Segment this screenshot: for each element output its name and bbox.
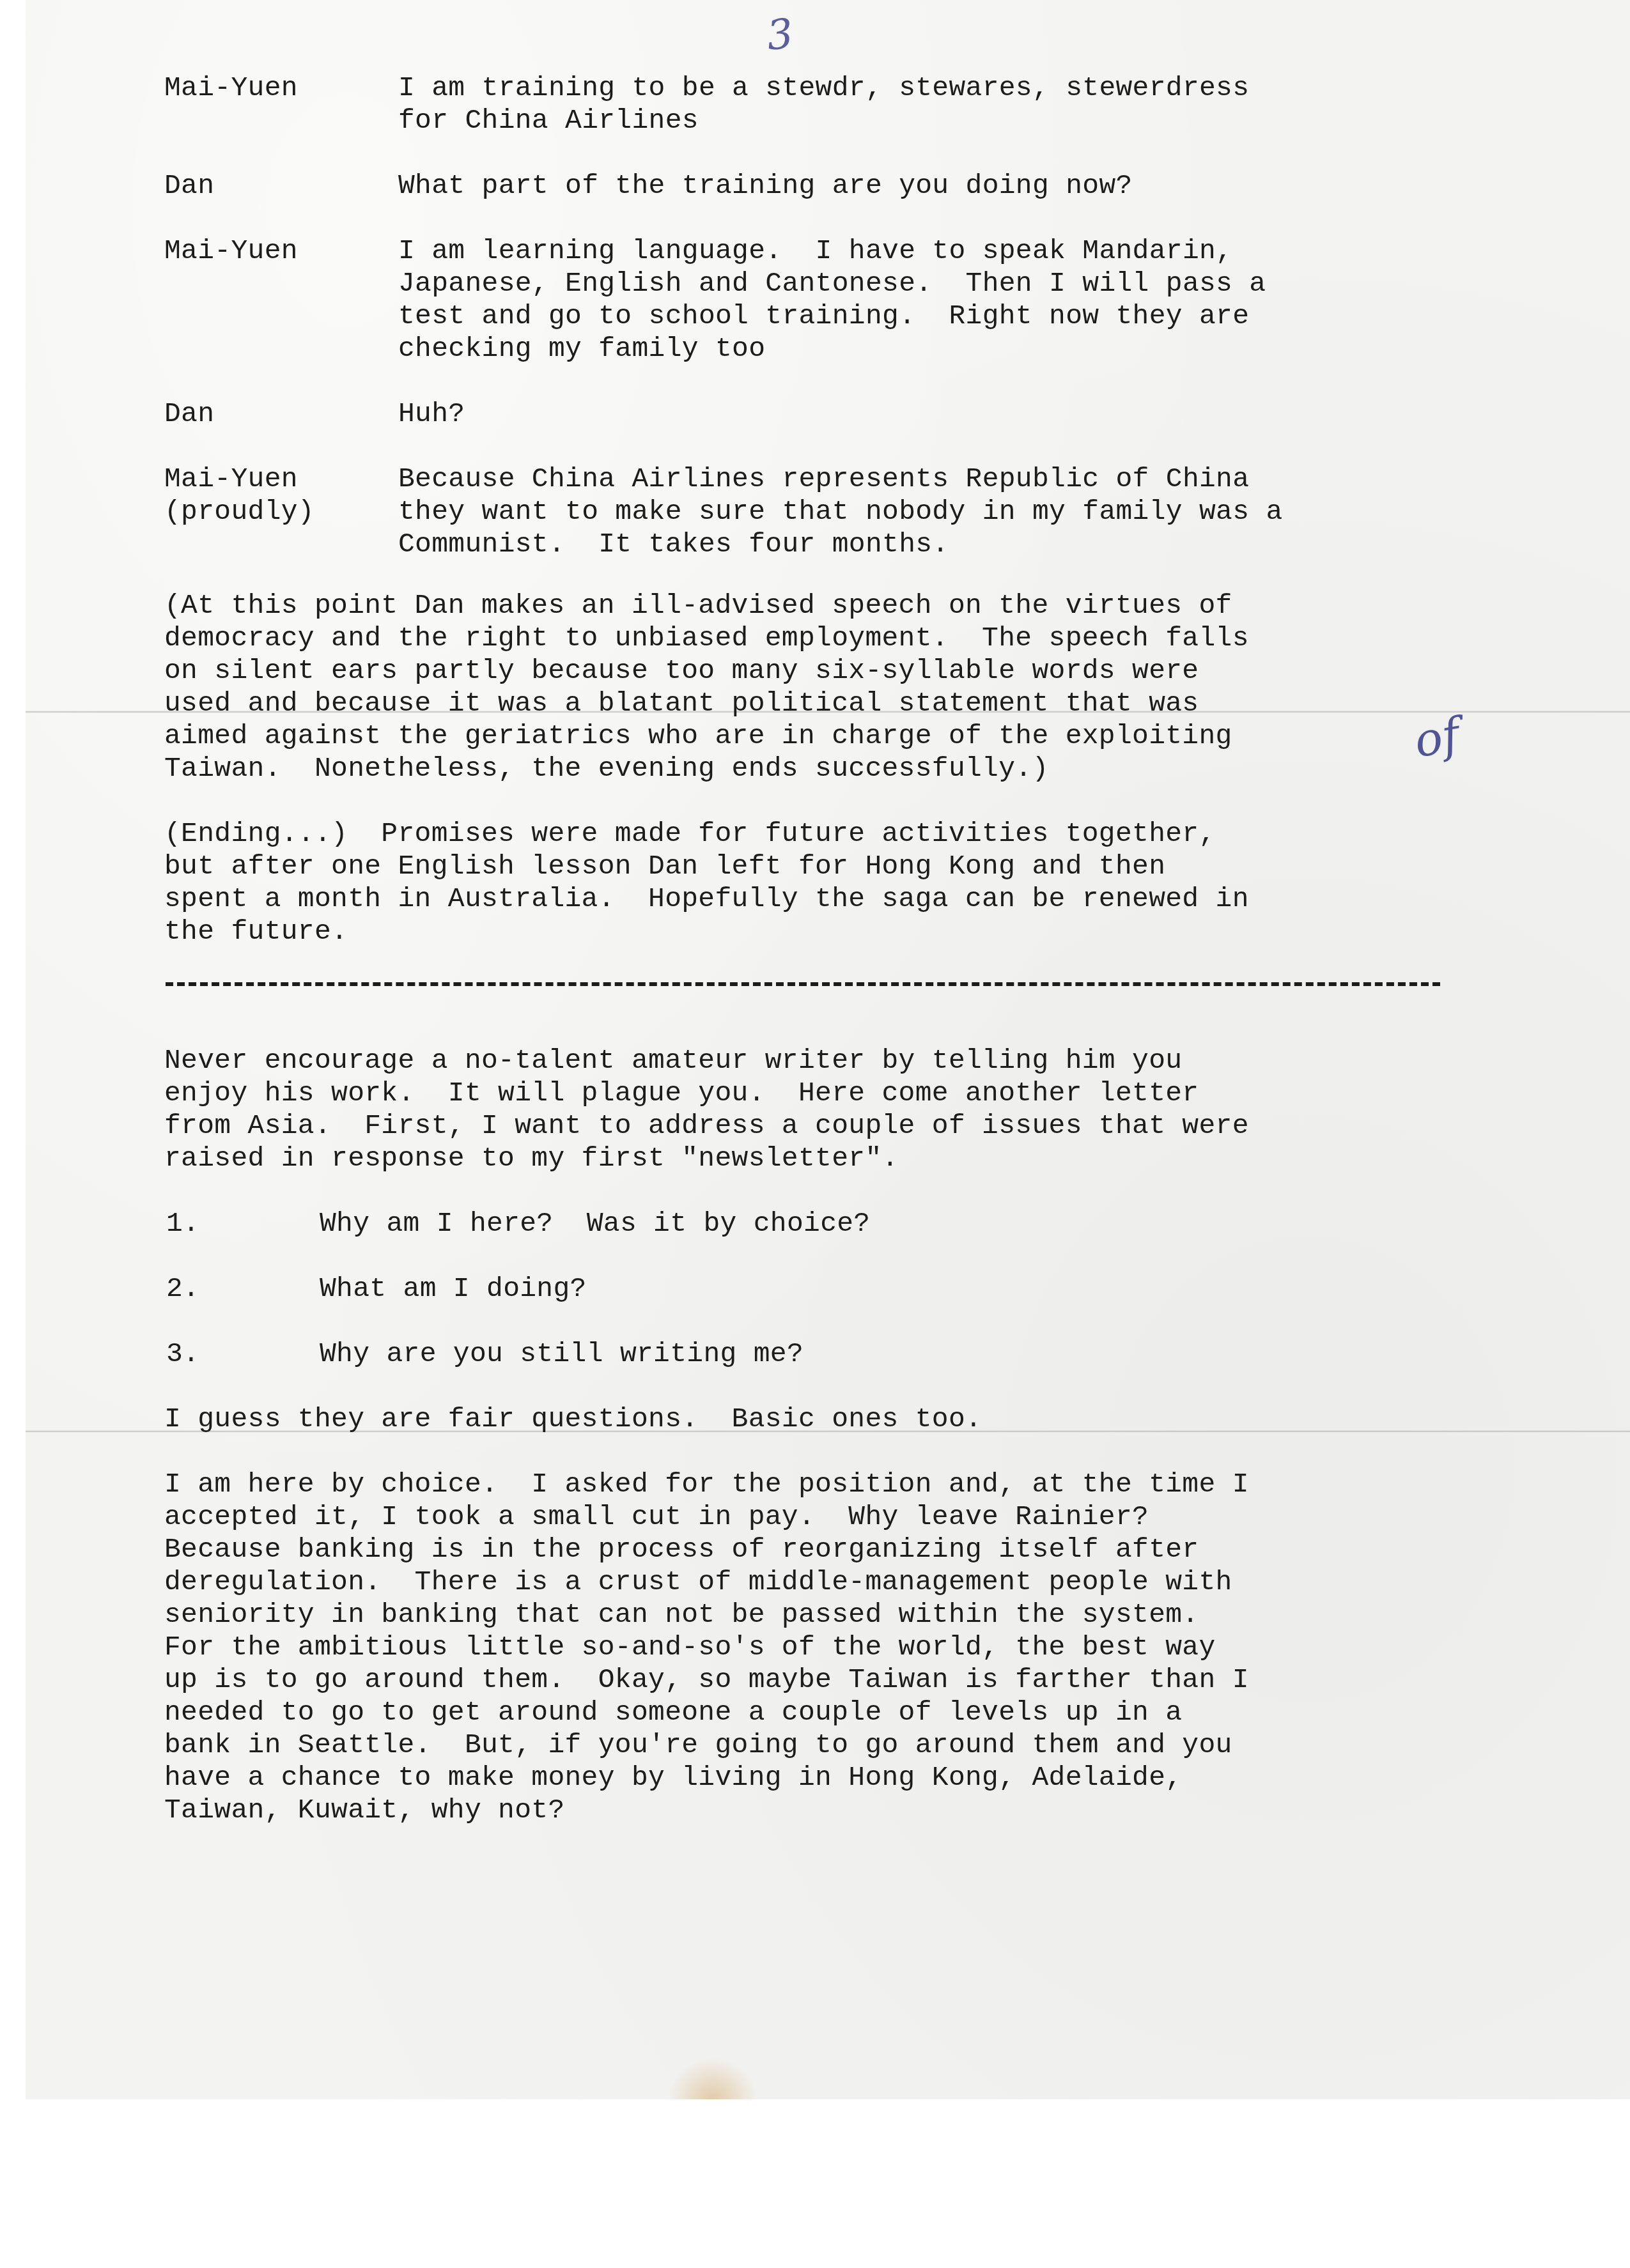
intro-line: raised in response to my first "newslett… — [164, 1142, 899, 1175]
handwritten-page-number: 3 — [765, 10, 795, 60]
questions-comment: I guess they are fair questions. Basic o… — [164, 1403, 982, 1435]
narration-line: aimed against the geriatrics who are in … — [164, 720, 1232, 752]
dialogue-line: I am training to be a stewdr, stewares, … — [398, 72, 1249, 104]
answer-line: seniority in banking that can not be pas… — [164, 1598, 1199, 1631]
dialogue-line: for China Airlines — [398, 104, 699, 137]
answer-line: have a chance to make money by living in… — [164, 1761, 1182, 1794]
speaker-name: Mai-Yuen — [164, 463, 298, 495]
narration-line: democracy and the right to unbiased empl… — [164, 622, 1249, 654]
ending-line: (Ending...) Promises were made for futur… — [164, 817, 1216, 850]
answer-line: I am here by choice. I asked for the pos… — [164, 1468, 1249, 1500]
answer-line: bank in Seattle. But, if you're going to… — [164, 1729, 1232, 1761]
ending-line: the future. — [164, 915, 348, 948]
question-number: 2. — [166, 1272, 199, 1305]
section-divider — [166, 982, 1440, 986]
paper-stain — [668, 2058, 757, 2099]
speaker-name: Dan — [164, 397, 214, 430]
dialogue-line: test and go to school training. Right no… — [398, 300, 1249, 332]
answer-line: For the ambitious little so-and-so's of … — [164, 1631, 1216, 1663]
speaker-name: Mai-Yuen — [164, 235, 298, 267]
intro-line: from Asia. First, I want to address a co… — [164, 1109, 1249, 1142]
dialogue-line: Because China Airlines represents Republ… — [398, 463, 1249, 495]
dialogue-line: they want to make sure that nobody in my… — [398, 495, 1283, 528]
narration-line: used and because it was a blatant politi… — [164, 687, 1199, 720]
answer-line: up is to go around them. Okay, so maybe … — [164, 1663, 1249, 1696]
ending-line: but after one English lesson Dan left fo… — [164, 850, 1165, 883]
handwritten-correction: of — [1410, 707, 1464, 768]
question-text: What am I doing? — [320, 1272, 587, 1305]
speaker-name: Dan — [164, 169, 214, 202]
speaker-stage-direction: (proudly) — [164, 495, 314, 528]
answer-line: Because banking is in the process of reo… — [164, 1533, 1199, 1566]
intro-line: enjoy his work. It will plague you. Here… — [164, 1077, 1199, 1109]
dialogue-line: Huh? — [398, 397, 465, 430]
answer-line: Taiwan, Kuwait, why not? — [164, 1794, 565, 1826]
narration-line: Taiwan. Nonetheless, the evening ends su… — [164, 752, 1049, 785]
dialogue-line: What part of the training are you doing … — [398, 169, 1133, 202]
dialogue-line: Japanese, English and Cantonese. Then I … — [398, 267, 1266, 300]
dialogue-line: checking my family too — [398, 332, 765, 365]
speaker-name: Mai-Yuen — [164, 72, 298, 104]
dialogue-line: Communist. It takes four months. — [398, 528, 949, 560]
narration-line: on silent ears partly because too many s… — [164, 654, 1199, 687]
question-number: 1. — [166, 1207, 199, 1240]
answer-line: needed to go to get around someone a cou… — [164, 1696, 1182, 1729]
answer-line: deregulation. There is a crust of middle… — [164, 1566, 1232, 1598]
intro-line: Never encourage a no-talent amateur writ… — [164, 1044, 1182, 1077]
question-text: Why am I here? Was it by choice? — [320, 1207, 870, 1240]
ending-line: spent a month in Australia. Hopefully th… — [164, 883, 1249, 915]
question-number: 3. — [166, 1338, 199, 1370]
narration-line: (At this point Dan makes an ill-advised … — [164, 589, 1232, 622]
dialogue-line: I am learning language. I have to speak … — [398, 235, 1232, 267]
question-text: Why are you still writing me? — [320, 1338, 803, 1370]
answer-line: accepted it, I took a small cut in pay. … — [164, 1500, 1149, 1533]
